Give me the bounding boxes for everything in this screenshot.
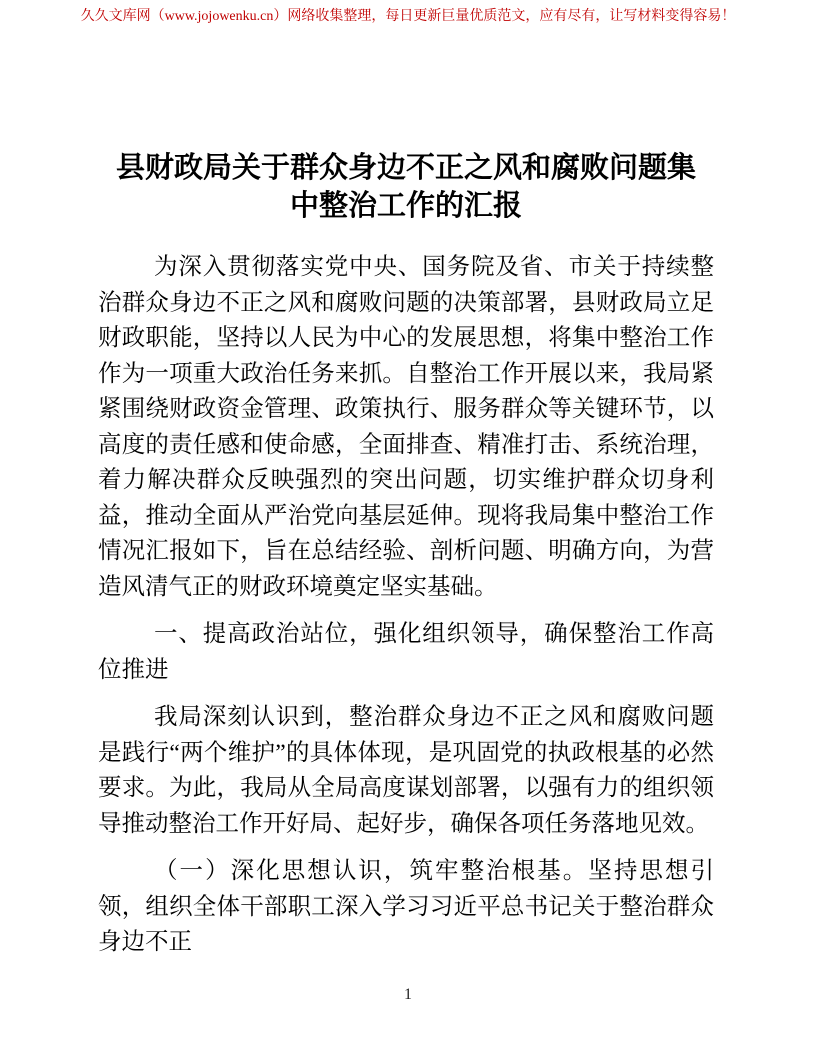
document-content: 县财政局关于群众身边不正之风和腐败问题集中整治工作的汇报 为深入贯彻落实党中央、… [98, 0, 714, 973]
paragraph: 为深入贯彻落实党中央、国务院及省、市关于持续整治群众身边不正之风和腐败问题的决策… [98, 250, 714, 605]
document-page: 久久文库网（www.jojowenku.cn）网络收集整理，每日更新巨量优质范文… [0, 0, 816, 1056]
paragraph: 我局深刻认识到，整治群众身边不正之风和腐败问题是践行“两个维护”的具体体现，是巩… [98, 700, 714, 842]
page-number: 1 [0, 986, 816, 1004]
paragraph: 一、提高政治站位，强化组织领导，确保整治工作高位推进 [98, 617, 714, 688]
paragraph: （一）深化思想认识，筑牢整治根基。坚持思想引领，组织全体干部职工深入学习习近平总… [98, 854, 714, 961]
document-title: 县财政局关于群众身边不正之风和腐败问题集中整治工作的汇报 [106, 149, 706, 225]
document-paragraphs: 为深入贯彻落实党中央、国务院及省、市关于持续整治群众身边不正之风和腐败问题的决策… [98, 250, 714, 961]
